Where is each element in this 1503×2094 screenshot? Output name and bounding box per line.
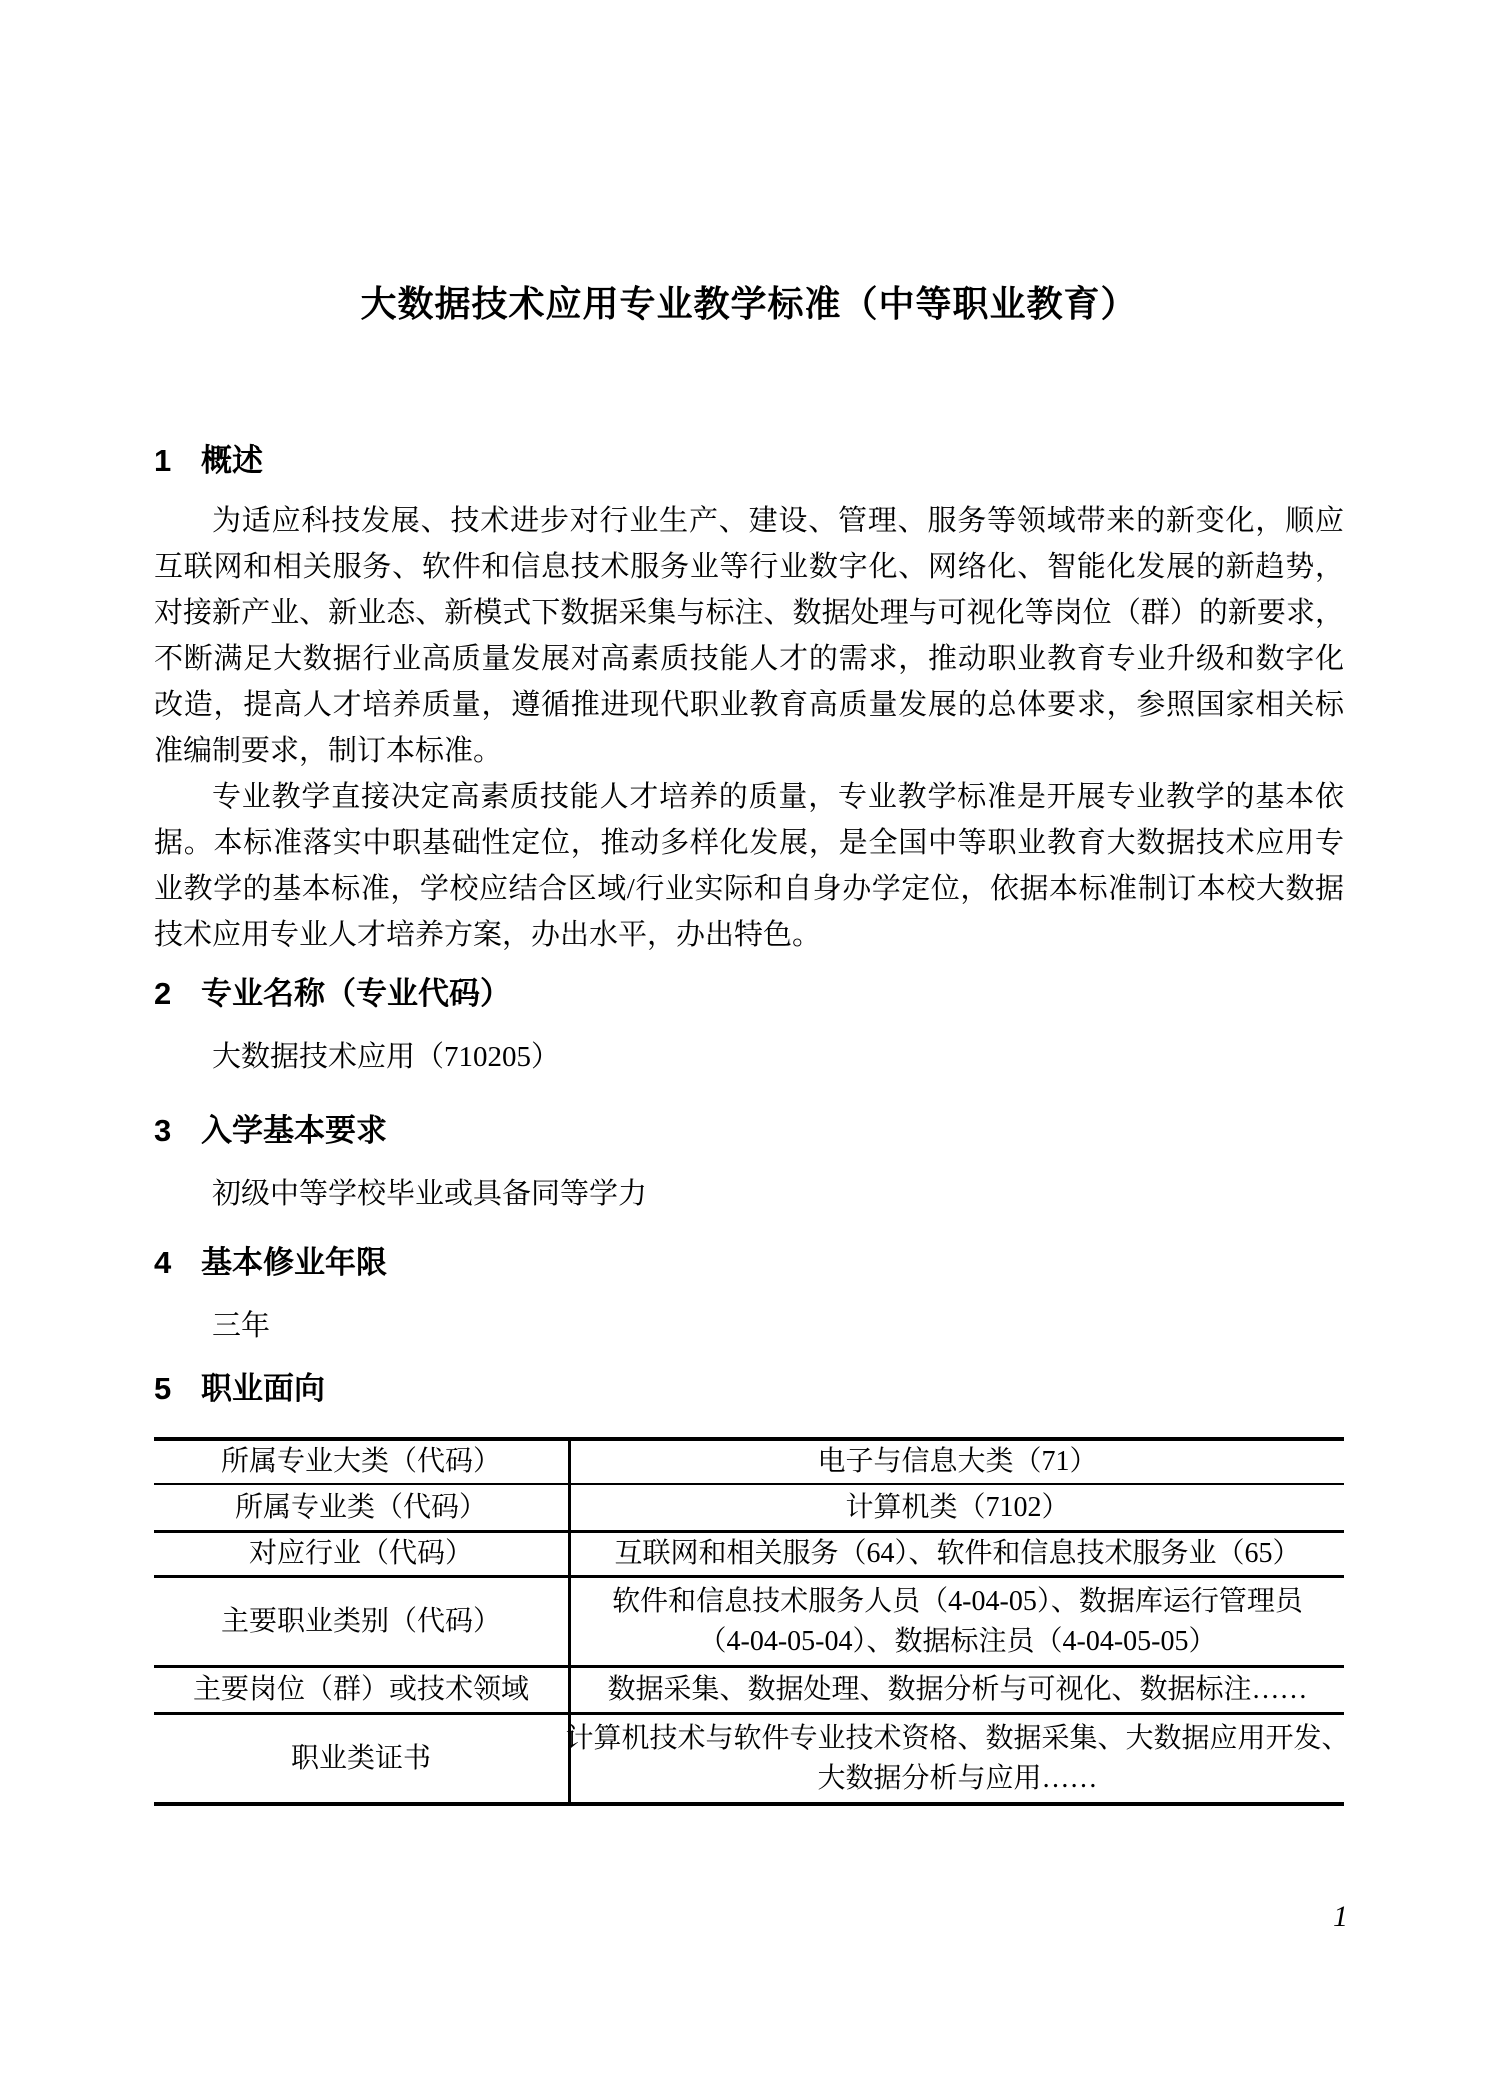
section-number: 5 bbox=[154, 1371, 174, 1407]
section-2-heading: 2专业名称（专业代码） bbox=[154, 976, 1344, 1012]
paragraph-line: 对接新产业、新业态、新模式下数据采集与标注、数据处理与可视化等岗位（群）的新要求… bbox=[154, 590, 1344, 636]
section-number: 1 bbox=[154, 443, 174, 479]
table-label-cell: 所属专业大类（代码） bbox=[154, 1441, 568, 1483]
table-value-cell: 数据采集、数据处理、数据分析与可视化、数据标注…… bbox=[568, 1668, 1344, 1712]
paragraph-line: 技术应用专业人才培养方案，办出水平，办出特色。 bbox=[154, 912, 1344, 958]
section-body-text: 大数据技术应用（710205） bbox=[154, 1034, 1344, 1080]
table-row: 职业类证书 计算机技术与软件专业技术资格、数据采集、大数据应用开发、 大数据分析… bbox=[154, 1715, 1344, 1806]
table-value-cell: 电子与信息大类（71） bbox=[568, 1441, 1344, 1483]
page-content: 大数据技术应用专业教学标准（中等职业教育） 1概述 为适应科技发展、技术进步对行… bbox=[154, 0, 1344, 1806]
table-cell-text: 电子与信息大类（71） bbox=[817, 1442, 1097, 1482]
document-page: 大数据技术应用专业教学标准（中等职业教育） 1概述 为适应科技发展、技术进步对行… bbox=[0, 0, 1503, 2094]
table-value-cell: 互联网和相关服务（64）、软件和信息技术服务业（65） bbox=[568, 1533, 1344, 1575]
table-cell-text: 所属专业大类（代码） bbox=[221, 1442, 501, 1482]
document-title: 大数据技术应用专业教学标准（中等职业教育） bbox=[154, 283, 1344, 325]
section-5-heading: 5职业面向 bbox=[154, 1371, 1344, 1407]
table-cell-text: （4-04-05-04）、数据标注员（4-04-05-05） bbox=[699, 1622, 1217, 1662]
section-heading-label: 入学基本要求 bbox=[201, 1113, 387, 1148]
table-value-cell: 计算机技术与软件专业技术资格、数据采集、大数据应用开发、 大数据分析与应用…… bbox=[568, 1715, 1344, 1802]
section-4-heading: 4基本修业年限 bbox=[154, 1245, 1344, 1281]
paragraph-line: 据。本标准落实中职基础性定位，推动多样化发展，是全国中等职业教育大数据技术应用专 bbox=[154, 820, 1344, 866]
paragraph-line: 改造，提高人才培养质量，遵循推进现代职业教育高质量发展的总体要求，参照国家相关标 bbox=[154, 682, 1344, 728]
table-cell-text: 对应行业（代码） bbox=[249, 1534, 473, 1574]
table-row: 对应行业（代码） 互联网和相关服务（64）、软件和信息技术服务业（65） bbox=[154, 1533, 1344, 1578]
section-number: 2 bbox=[154, 976, 174, 1012]
table-cell-text: 软件和信息技术服务人员（4-04-05）、数据库运行管理员 bbox=[612, 1582, 1303, 1622]
table-row: 所属专业类（代码） 计算机类（7102） bbox=[154, 1485, 1344, 1533]
table-label-cell: 所属专业类（代码） bbox=[154, 1485, 568, 1530]
section-heading-label: 概述 bbox=[201, 443, 263, 478]
table-value-cell: 计算机类（7102） bbox=[568, 1485, 1344, 1530]
section-heading-label: 职业面向 bbox=[201, 1371, 325, 1406]
paragraph-line: 专业教学直接决定高素质技能人才培养的质量，专业教学标准是开展专业教学的基本依 bbox=[154, 774, 1344, 820]
table-label-cell: 主要岗位（群）或技术领域 bbox=[154, 1668, 568, 1712]
table-label-cell: 职业类证书 bbox=[154, 1715, 568, 1802]
table-label-cell: 主要职业类别（代码） bbox=[154, 1578, 568, 1665]
paragraph: 专业教学直接决定高素质技能人才培养的质量，专业教学标准是开展专业教学的基本依 据… bbox=[154, 774, 1344, 958]
section-1-heading: 1概述 bbox=[154, 443, 1344, 479]
table-row: 主要职业类别（代码） 软件和信息技术服务人员（4-04-05）、数据库运行管理员… bbox=[154, 1578, 1344, 1668]
table-cell-text: 职业类证书 bbox=[291, 1739, 431, 1779]
section-3-heading: 3入学基本要求 bbox=[154, 1113, 1344, 1149]
table-cell-text: 所属专业类（代码） bbox=[235, 1488, 487, 1528]
table-row: 所属专业大类（代码） 电子与信息大类（71） bbox=[154, 1441, 1344, 1485]
table-cell-text: 主要职业类别（代码） bbox=[221, 1602, 501, 1642]
paragraph: 为适应科技发展、技术进步对行业生产、建设、管理、服务等领域带来的新变化，顺应 互… bbox=[154, 498, 1344, 774]
page-number: 1 bbox=[1333, 1900, 1348, 1934]
table-cell-text: 计算机类（7102） bbox=[845, 1488, 1069, 1528]
section-number: 4 bbox=[154, 1245, 174, 1281]
paragraph-line: 业教学的基本标准，学校应结合区域/行业实际和自身办学定位，依据本标准制订本校大数… bbox=[154, 866, 1344, 912]
paragraph-line: 不断满足大数据行业高质量发展对高素质技能人才的需求，推动职业教育专业升级和数字化 bbox=[154, 636, 1344, 682]
section-number: 3 bbox=[154, 1113, 174, 1149]
paragraph-line: 互联网和相关服务、软件和信息技术服务业等行业数字化、网络化、智能化发展的新趋势， bbox=[154, 544, 1344, 590]
table-cell-text: 数据采集、数据处理、数据分析与可视化、数据标注…… bbox=[607, 1670, 1307, 1710]
paragraph-line: 准编制要求，制订本标准。 bbox=[154, 728, 1344, 774]
paragraph-line: 为适应科技发展、技术进步对行业生产、建设、管理、服务等领域带来的新变化，顺应 bbox=[154, 498, 1344, 544]
table-cell-text: 大数据分析与应用…… bbox=[817, 1759, 1097, 1799]
table-label-cell: 对应行业（代码） bbox=[154, 1533, 568, 1575]
section-body-text: 三年 bbox=[154, 1303, 1344, 1349]
career-table: 所属专业大类（代码） 电子与信息大类（71） 所属专业类（代码） 计算机类（71… bbox=[154, 1437, 1344, 1806]
section-body-text: 初级中等学校毕业或具备同等学力 bbox=[154, 1171, 1344, 1217]
section-heading-label: 专业名称（专业代码） bbox=[201, 976, 511, 1011]
section-heading-label: 基本修业年限 bbox=[201, 1245, 387, 1280]
table-cell-text: 计算机技术与软件专业技术资格、数据采集、大数据应用开发、 bbox=[566, 1719, 1350, 1759]
table-cell-text: 互联网和相关服务（64）、软件和信息技术服务业（65） bbox=[614, 1534, 1300, 1574]
table-value-cell: 软件和信息技术服务人员（4-04-05）、数据库运行管理员 （4-04-05-0… bbox=[568, 1578, 1344, 1665]
table-cell-text: 主要岗位（群）或技术领域 bbox=[193, 1670, 529, 1710]
table-row: 主要岗位（群）或技术领域 数据采集、数据处理、数据分析与可视化、数据标注…… bbox=[154, 1668, 1344, 1715]
